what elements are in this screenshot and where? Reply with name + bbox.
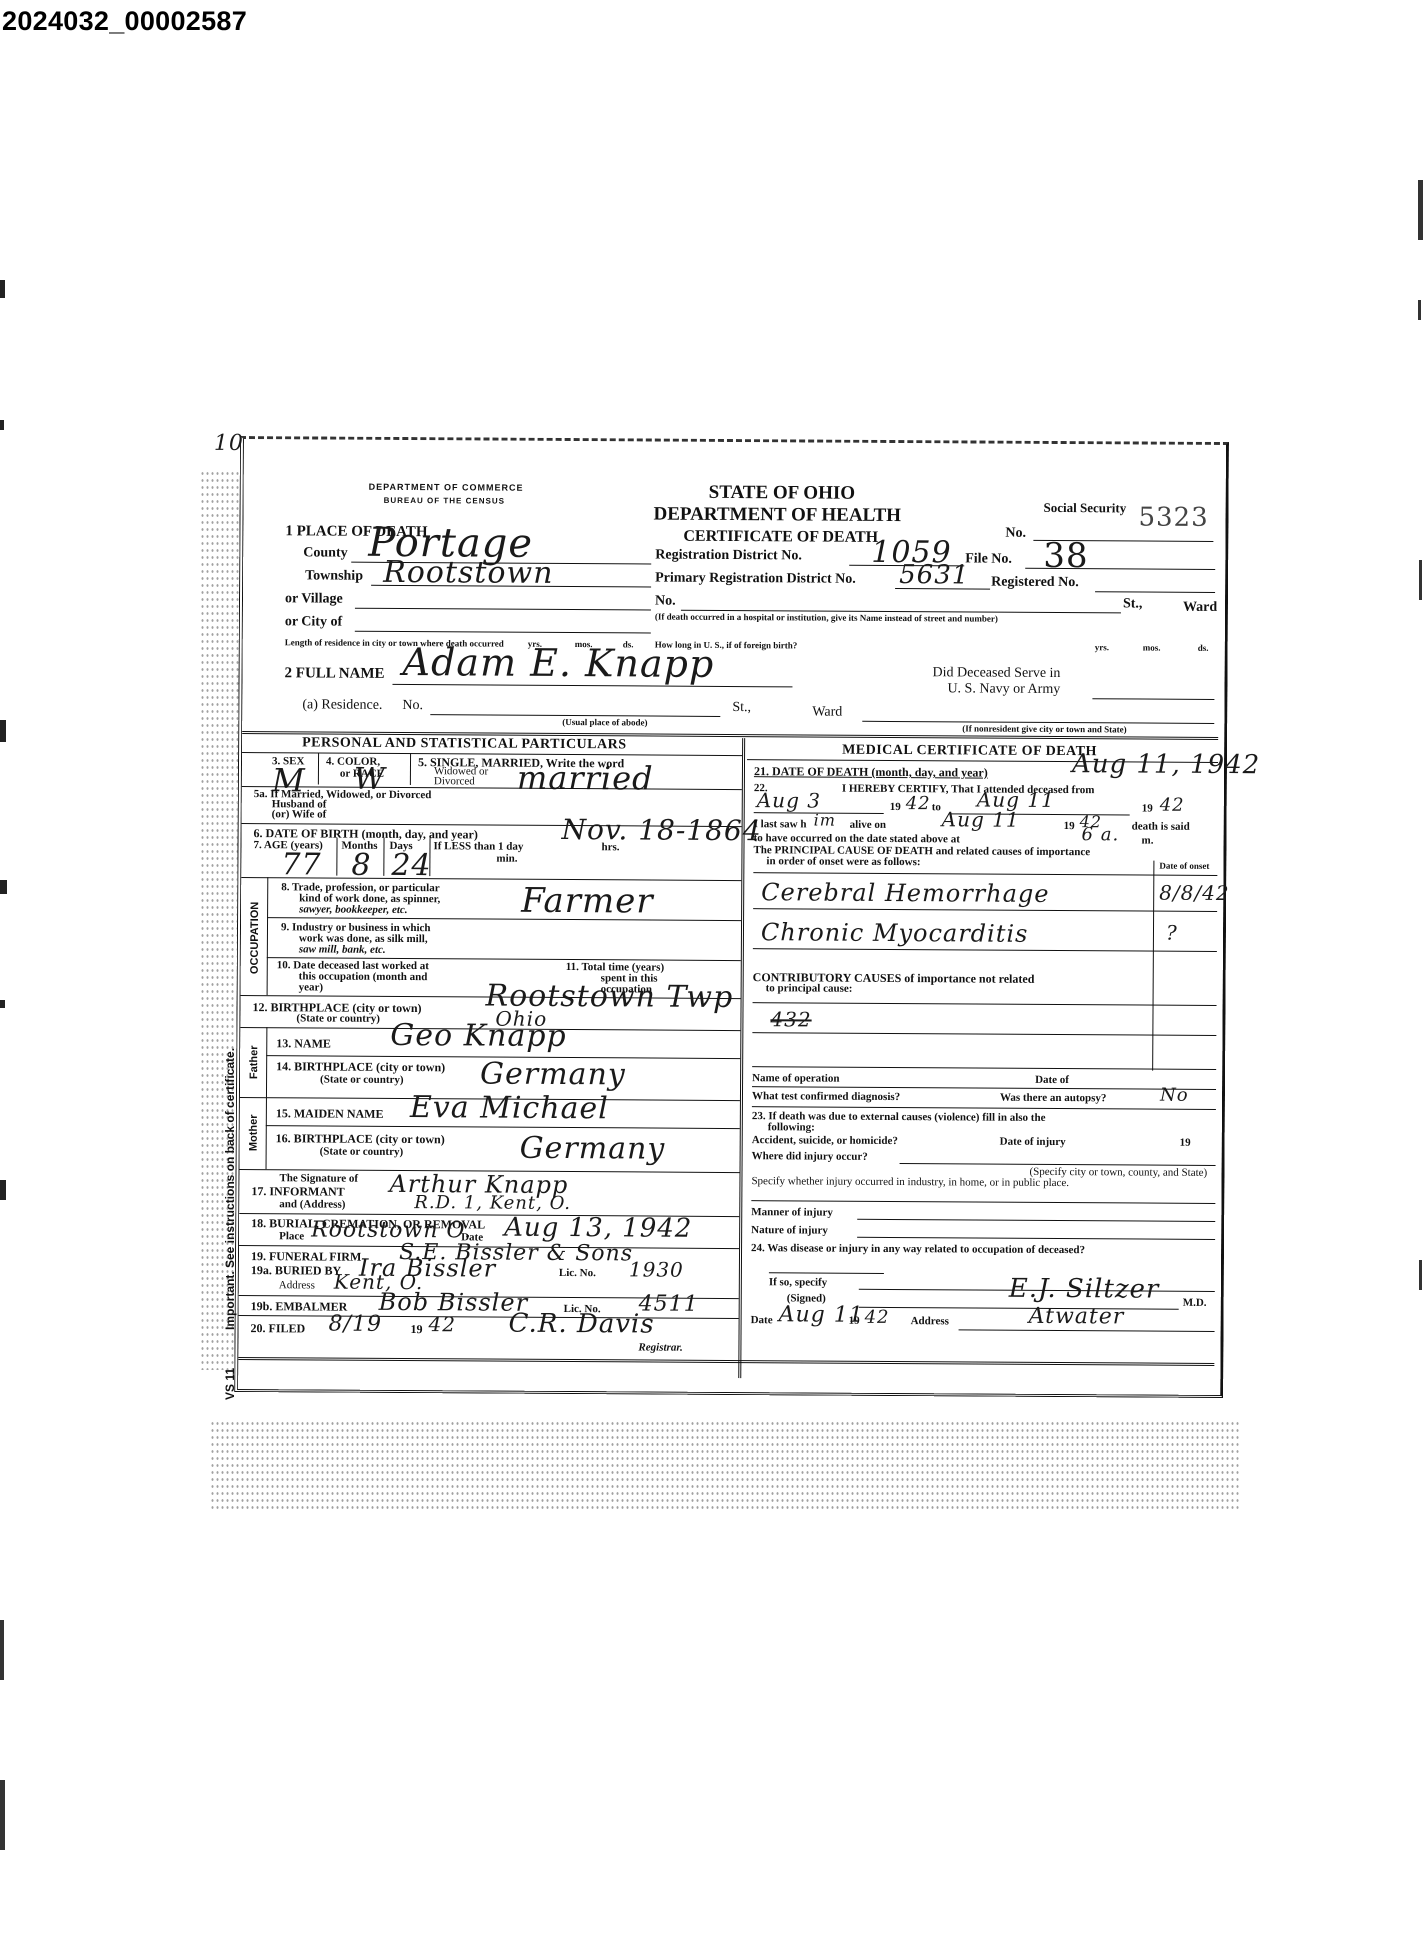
where-injury-label: Where did injury occur? (752, 1150, 868, 1163)
cause-1: Cerebral Hemorrhage (761, 878, 1049, 908)
mother-birthplace-label-2: (State or country) (320, 1145, 404, 1158)
street-ward-label: Ward (1183, 600, 1217, 616)
to-label: to (932, 801, 941, 813)
external-label-2: following: (768, 1121, 815, 1133)
us-ds: ds. (1198, 643, 1209, 653)
date-year: 42 (865, 1307, 890, 1328)
mother-birthplace-value: Germany (520, 1131, 666, 1167)
instructions-note: Important. See instructions on back of c… (223, 1048, 237, 1330)
personal-section-title: PERSONAL AND STATISTICAL PARTICULARS (302, 735, 627, 753)
social-security-no-label: No. (1005, 526, 1026, 542)
specify-place-line (751, 1200, 1215, 1204)
address-value: Atwater (1029, 1304, 1125, 1330)
informant-label-1: The Signature of (279, 1172, 358, 1184)
primary-reg-label: Primary Registration District No. (655, 571, 856, 588)
residence-st-label: St., (732, 700, 751, 716)
cause-line-0 (753, 872, 1217, 876)
last-worked-label-3: year) (299, 981, 324, 993)
nature-label: Nature of injury (751, 1224, 828, 1236)
cause-line-2 (753, 948, 1217, 952)
age-divider-1 (336, 838, 337, 876)
alive-on-year-prefix: 19 (1064, 820, 1075, 832)
informant-address: R.D. 1, Kent, O. (414, 1192, 571, 1214)
certify-label: I HEREBY CERTIFY, That I attended deceas… (842, 783, 1095, 797)
cause-2-onset: ? (1166, 921, 1178, 945)
city-line (355, 631, 651, 634)
contributory-line-2 (752, 1032, 1216, 1036)
mother-side-label: Mother (248, 1114, 260, 1151)
last-saw-pronoun: im (814, 811, 836, 830)
nonresident-note: (If nonresident give city or town and St… (962, 723, 1126, 734)
contributory-code: 432 (770, 1007, 811, 1031)
attended-from-year: 42 (906, 793, 931, 814)
principal-label-2: in order of onset were as follows: (766, 855, 920, 868)
father-birthplace-label-2: (State or country) (320, 1074, 404, 1087)
birthplace-label-2: (State or country) (296, 1012, 380, 1025)
village-line (355, 608, 651, 611)
street-st-label: St., (1123, 596, 1143, 612)
contributory-line-3 (752, 1066, 1216, 1070)
autopsy-value: No (1160, 1085, 1189, 1106)
date-onset-label: Date of onset (1159, 861, 1209, 871)
less-than-label: If LESS than 1 day (433, 840, 523, 853)
signed-value: E.J. Siltzer (1009, 1274, 1160, 1305)
primary-reg-value: 5631 (899, 560, 969, 590)
medical-section-title: MEDICAL CERTIFICATE OF DEATH (842, 743, 1097, 761)
township-label: Township (305, 568, 363, 584)
state-title: STATE OF OHIO (709, 482, 856, 505)
industry-label-3: saw mill, bank, etc. (299, 943, 386, 956)
father-birthplace-value: Germany (480, 1056, 626, 1092)
reg-district-label: Registration District No. (655, 548, 802, 565)
marital-value: married (517, 759, 654, 798)
township-value: Rootstown (383, 555, 553, 591)
social-security-label: Social Security (1044, 500, 1127, 517)
age-divider-2 (383, 838, 384, 876)
father-side-label: Father (248, 1045, 260, 1079)
cause-1-onset: 8/8/42 (1159, 881, 1230, 905)
m-label: m. (1142, 835, 1154, 847)
onset-column-divider (1152, 861, 1154, 1071)
trade-label-3: sawyer, bookkeeper, etc. (299, 903, 408, 916)
city-label: or City of (285, 614, 342, 630)
buried-address-label: Address (279, 1279, 315, 1291)
signed-line (859, 1307, 1179, 1310)
full-name-value: Adam E. Knapp (402, 640, 714, 686)
county-label: County (303, 545, 347, 561)
hrs-label: hrs. (601, 841, 619, 853)
nature-line (857, 1237, 1215, 1240)
agency-line-1: DEPARTMENT OF COMMERCE (369, 482, 524, 493)
specify-place-label: Specify whether injury occurred in indus… (751, 1175, 1069, 1189)
row-line-10 (266, 1125, 740, 1129)
marital-label-3: Divorced (434, 775, 475, 787)
attended-from: Aug 3 (757, 788, 821, 812)
buried-by-lic: 1930 (629, 1257, 684, 1281)
registered-no-label: Registered No. (991, 575, 1079, 592)
hospital-note: (If death occurred in a hospital or inst… (655, 612, 998, 624)
test-label: What test confirmed diagnosis? (752, 1090, 900, 1103)
navy-army-label-2: U. S. Navy or Army (947, 681, 1060, 698)
document-id: 2024032_00002587 (2, 6, 247, 37)
scan-noise-bottom (210, 1420, 1240, 1510)
burial-place-label: Place (279, 1230, 304, 1242)
father-name-value: Geo Knapp (390, 1018, 567, 1054)
full-name-label: 2 FULL NAME (284, 665, 384, 683)
spouse-label-3: (or) Wife of (272, 808, 327, 820)
registrar-label: Registrar. (638, 1341, 682, 1353)
filed-date: 8/19 (329, 1312, 383, 1337)
date-of-label: Date of (1035, 1074, 1069, 1086)
time-value: 6 a. (1082, 824, 1120, 845)
operation-line (752, 1086, 1216, 1090)
address-label: Address (911, 1315, 949, 1327)
manner-label: Manner of injury (751, 1206, 833, 1218)
sex-divider (318, 752, 319, 784)
occupation-related-line (769, 1272, 884, 1274)
mother-side-divider (266, 1097, 267, 1169)
row-line-4 (267, 917, 741, 921)
contributory-line-1 (753, 1002, 1217, 1006)
attended-from-year-prefix: 19 (890, 801, 901, 813)
us-yrs: yrs. (1095, 642, 1109, 652)
alive-on-value: Aug 11 (942, 807, 1020, 831)
cause-line-1 (753, 908, 1217, 912)
death-certificate: 10 DEPARTMENT OF COMMERCE BUREAU OF THE … (234, 436, 1229, 1398)
injury-date-label: Date of injury (1000, 1136, 1066, 1148)
death-said-label: death is said (1132, 820, 1190, 832)
trade-value: Farmer (521, 881, 654, 922)
abode-note: (Usual place of abode) (562, 717, 647, 728)
buried-by-label: 19a. BURIED BY (251, 1263, 341, 1279)
address-line (959, 1329, 1215, 1332)
alive-on-label: alive on (850, 819, 886, 831)
occupation-side-label: OCCUPATION (249, 902, 261, 974)
injury-year-prefix: 19 (1180, 1137, 1191, 1149)
informant-label-3: and (Address) (279, 1198, 345, 1210)
margin-note: 10 (214, 431, 244, 456)
registrar-value: C.R. Davis (508, 1309, 654, 1340)
filed-year: 42 (429, 1312, 457, 1336)
last-saw-label: I last saw h (754, 818, 807, 830)
navy-army-line (1092, 698, 1214, 700)
autopsy-label: Was there an autopsy? (1000, 1092, 1107, 1105)
department-title: DEPARTMENT OF HEALTH (653, 504, 901, 528)
cause-2: Chronic Myocarditis (761, 918, 1029, 948)
color-divider (410, 753, 411, 785)
filed-label: 20. FILED (251, 1321, 306, 1336)
informant-label-2: 17. INFORMANT (251, 1184, 344, 1200)
occupation-side-divider (267, 877, 269, 995)
mother-maiden-value: Eva Michael (410, 1090, 609, 1126)
navy-army-label-1: Did Deceased Serve in (933, 665, 1061, 682)
divider-bottom (238, 1357, 1214, 1366)
us-mos: mos. (1143, 643, 1161, 653)
attended-to-year: 42 (1160, 795, 1185, 816)
village-label: or Village (285, 591, 343, 607)
contributory-label-2: to principal cause: (766, 982, 853, 995)
operation-label: Name of operation (752, 1072, 839, 1085)
accident-label: Accident, suicide, or homicide? (752, 1134, 898, 1147)
date-of-death-label: 21. DATE OF DEATH (month, day, and year) (754, 764, 988, 780)
residence-label: (a) Residence. (302, 697, 382, 713)
burial-date-value: Aug 13, 1942 (504, 1213, 692, 1244)
if-so-label: If so, specify (769, 1276, 827, 1288)
father-side-divider (266, 1027, 267, 1097)
residence-ward-label: Ward (812, 705, 842, 721)
occupation-related-label: 24. Was disease or injury in any way rel… (751, 1242, 1085, 1256)
street-no-label: No. (655, 594, 676, 610)
manner-line (857, 1219, 1215, 1222)
father-name-label: 13. NAME (276, 1036, 331, 1051)
file-no-value: 38 (1043, 536, 1089, 576)
date-of-death-value: Aug 11, 1942 (1072, 749, 1260, 780)
residence-no-label: No. (402, 698, 423, 714)
min-label: min. (496, 853, 517, 865)
filed-year-prefix: 19 (410, 1322, 422, 1337)
attended-to-year-prefix: 19 (1142, 803, 1153, 815)
form-code: VS 11 (223, 1368, 237, 1400)
registered-no-line (1095, 591, 1215, 593)
social-security-value: 5323 (1138, 502, 1208, 532)
date-label: Date (751, 1314, 773, 1326)
date-year-prefix: 19 (849, 1315, 860, 1327)
agency-line-2: BUREAU OF THE CENSUS (384, 496, 505, 506)
test-line (752, 1106, 1216, 1110)
md-label: M.D. (1183, 1297, 1207, 1309)
buried-by-lic-label: Lic. No. (559, 1267, 596, 1279)
file-no-label: File No. (965, 551, 1012, 567)
mother-maiden-label: 15. MAIDEN NAME (276, 1106, 384, 1122)
certificate-title: CERTIFICATE OF DEATH (683, 528, 878, 547)
dob-value: Nov. 18-1864 (562, 813, 762, 847)
